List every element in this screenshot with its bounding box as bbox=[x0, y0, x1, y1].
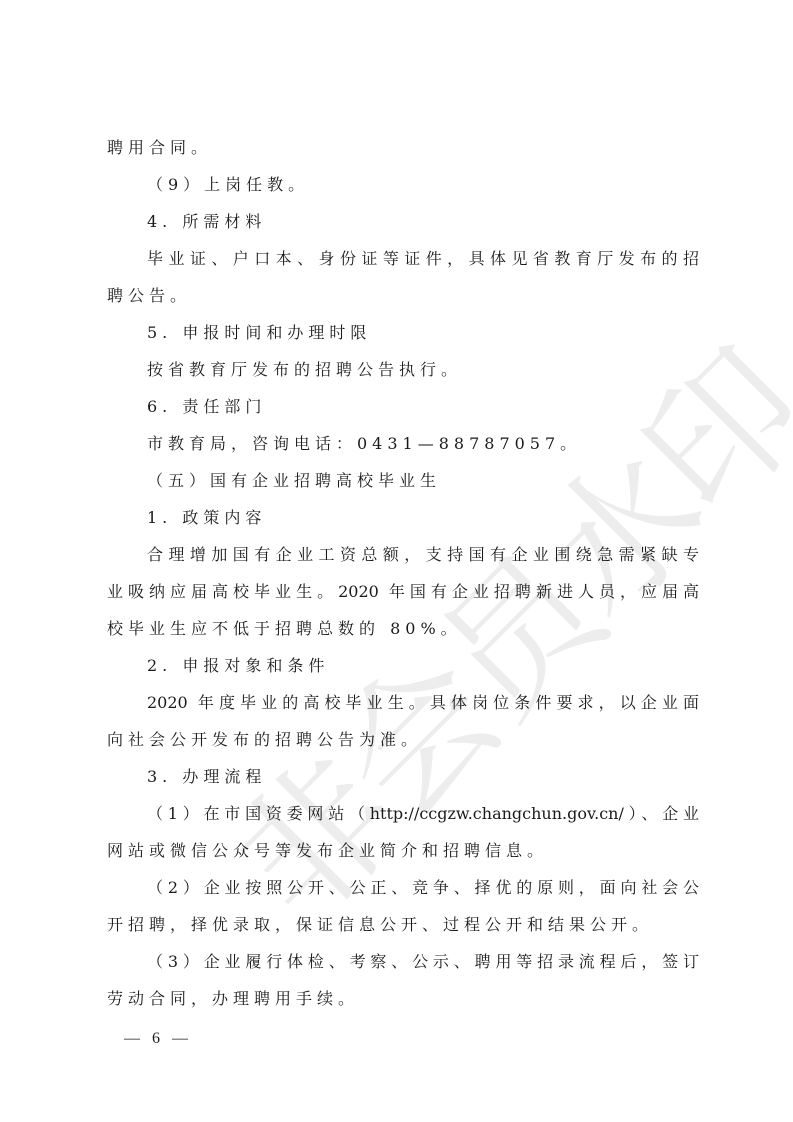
text-line: （9）上岗任教。 bbox=[107, 171, 699, 208]
section-heading: 3. 办理流程 bbox=[107, 763, 699, 800]
page-number: — 6 — bbox=[124, 1030, 192, 1048]
section-heading: 4. 所需材料 bbox=[107, 208, 699, 245]
text-line: 网站或微信公众号等发布企业简介和招聘信息。 bbox=[107, 837, 699, 874]
text-line: （3）企业履行体检、考察、公示、聘用等招录流程后，签订 bbox=[107, 948, 699, 985]
contact-line: 市教育局，咨询电话：0431—88787057。 bbox=[107, 430, 699, 467]
text-line: 按省教育厅发布的招聘公告执行。 bbox=[107, 356, 699, 393]
text-line: 劳动合同，办理聘用手续。 bbox=[107, 985, 699, 1022]
section-heading: 6. 责任部门 bbox=[107, 393, 699, 430]
chapter-heading: （五）国有企业招聘高校毕业生 bbox=[107, 467, 699, 504]
text-line: 业吸纳应届高校毕业生。2020 年国有企业招聘新进人员，应届高 bbox=[107, 578, 699, 615]
section-heading: 2. 申报对象和条件 bbox=[107, 652, 699, 689]
text-line: （1）在市国资委网站（http://ccgzw.changchun.gov.cn… bbox=[107, 800, 699, 837]
text-line: 开招聘，择优录取，保证信息公开、过程公开和结果公开。 bbox=[107, 911, 699, 948]
text-line: 向社会公开发布的招聘公告为准。 bbox=[107, 726, 699, 763]
text-line: 聘公告。 bbox=[107, 282, 699, 319]
section-heading: 1. 政策内容 bbox=[107, 504, 699, 541]
text-line: 2020 年度毕业的高校毕业生。具体岗位条件要求，以企业面 bbox=[107, 689, 699, 726]
text-line: （2）企业按照公开、公正、竞争、择优的原则，面向社会公 bbox=[107, 874, 699, 911]
document-body: 聘用合同。 （9）上岗任教。 4. 所需材料 毕业证、户口本、身份证等证件，具体… bbox=[107, 134, 699, 1022]
document-page: 非会员水印 聘用合同。 （9）上岗任教。 4. 所需材料 毕业证、户口本、身份证… bbox=[0, 0, 793, 1122]
section-heading: 5. 申报时间和办理时限 bbox=[107, 319, 699, 356]
text-line: 毕业证、户口本、身份证等证件，具体见省教育厅发布的招 bbox=[107, 245, 699, 282]
text-line: 校毕业生应不低于招聘总数的 80%。 bbox=[107, 615, 699, 652]
text-line: 合理增加国有企业工资总额，支持国有企业围绕急需紧缺专 bbox=[107, 541, 699, 578]
text-line: 聘用合同。 bbox=[107, 134, 699, 171]
